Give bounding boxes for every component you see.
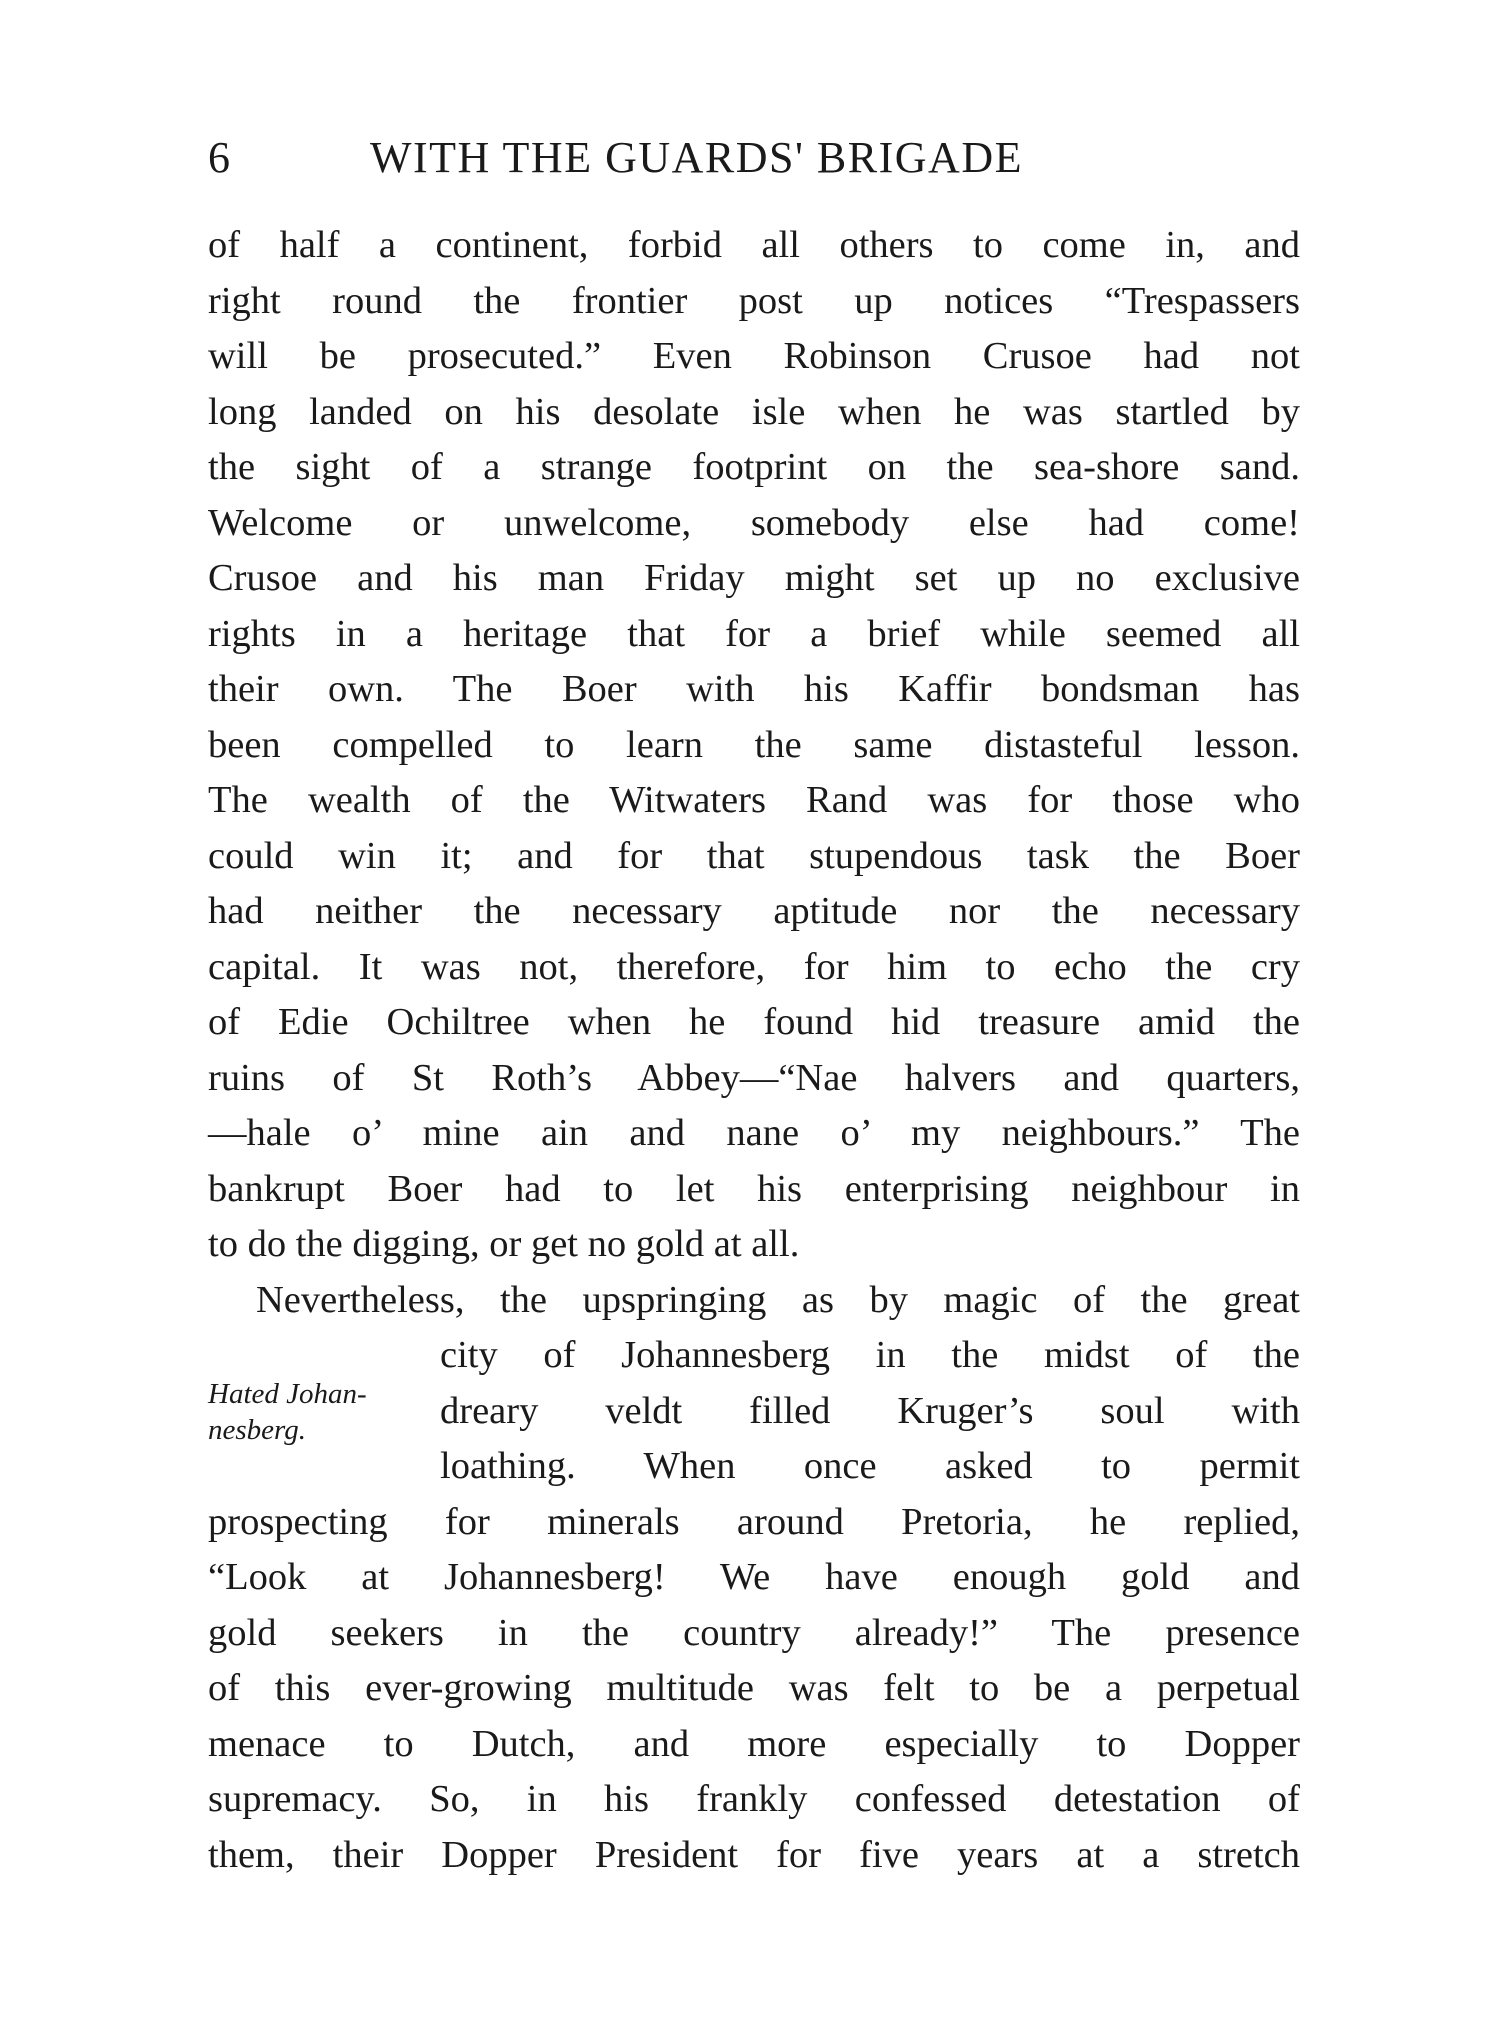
text-line: the sight of a strange footprint on the …	[208, 440, 1300, 496]
text-line: of this ever-growing multitude was felt …	[208, 1661, 1300, 1717]
text-line: Crusoe and his man Friday might set up n…	[208, 551, 1300, 607]
text-line: rights in a heritage that for a brief wh…	[208, 607, 1300, 663]
marginal-note-line: Hated Johan-	[208, 1376, 428, 1412]
text-line: bankrupt Boer had to let his enterprisin…	[208, 1162, 1300, 1218]
text-line: them, their Dopper President for five ye…	[208, 1828, 1300, 1884]
text-line: The wealth of the Witwaters Rand was for…	[208, 773, 1300, 829]
text-line: right round the frontier post up notices…	[208, 274, 1300, 330]
text-line: been compelled to learn the same distast…	[208, 718, 1300, 774]
text-line: will be prosecuted.” Even Robinson Cruso…	[208, 329, 1300, 385]
text-line: had neither the necessary aptitude nor t…	[208, 884, 1300, 940]
text-line: long landed on his desolate isle when he…	[208, 385, 1300, 441]
paragraph-2: Nevertheless, the upspringing as by magi…	[208, 1273, 1300, 1884]
text-line: Nevertheless, the upspringing as by magi…	[208, 1273, 1300, 1329]
text-line: could win it; and for that stupendous ta…	[208, 829, 1300, 885]
text-line: “Look at Johannesberg! We have enough go…	[208, 1550, 1300, 1606]
text-line: their own. The Boer with his Kaffir bond…	[208, 662, 1300, 718]
marginal-note-line: nesberg.	[208, 1412, 428, 1448]
text-line: ruins of St Roth’s Abbey—“Nae halvers an…	[208, 1051, 1300, 1107]
running-title: WITH THE GUARDS' BRIGADE	[370, 128, 1023, 188]
paragraph-1: of half a continent, forbid all others t…	[208, 218, 1300, 1273]
text-line: capital. It was not, therefore, for him …	[208, 940, 1300, 996]
body-text: of half a continent, forbid all others t…	[208, 218, 1300, 1883]
text-line: supremacy. So, in his frankly confessed …	[208, 1772, 1300, 1828]
running-head: 6 WITH THE GUARDS' BRIGADE	[208, 128, 1328, 188]
text-line: Welcome or unwelcome, somebody else had …	[208, 496, 1300, 552]
text-line: to do the digging, or get no gold at all…	[208, 1217, 1300, 1273]
text-line: prospecting for minerals around Pretoria…	[208, 1495, 1300, 1551]
text-line: of Edie Ochiltree when he found hid trea…	[208, 995, 1300, 1051]
page-number: 6	[208, 128, 231, 188]
book-page: 6 WITH THE GUARDS' BRIGADE of half a con…	[0, 0, 1506, 2043]
text-line: of half a continent, forbid all others t…	[208, 218, 1300, 274]
marginal-note: Hated Johan- nesberg.	[208, 1376, 428, 1448]
text-line: —hale o’ mine ain and nane o’ my neighbo…	[208, 1106, 1300, 1162]
text-line: menace to Dutch, and more especially to …	[208, 1717, 1300, 1773]
text-line: gold seekers in the country already!” Th…	[208, 1606, 1300, 1662]
